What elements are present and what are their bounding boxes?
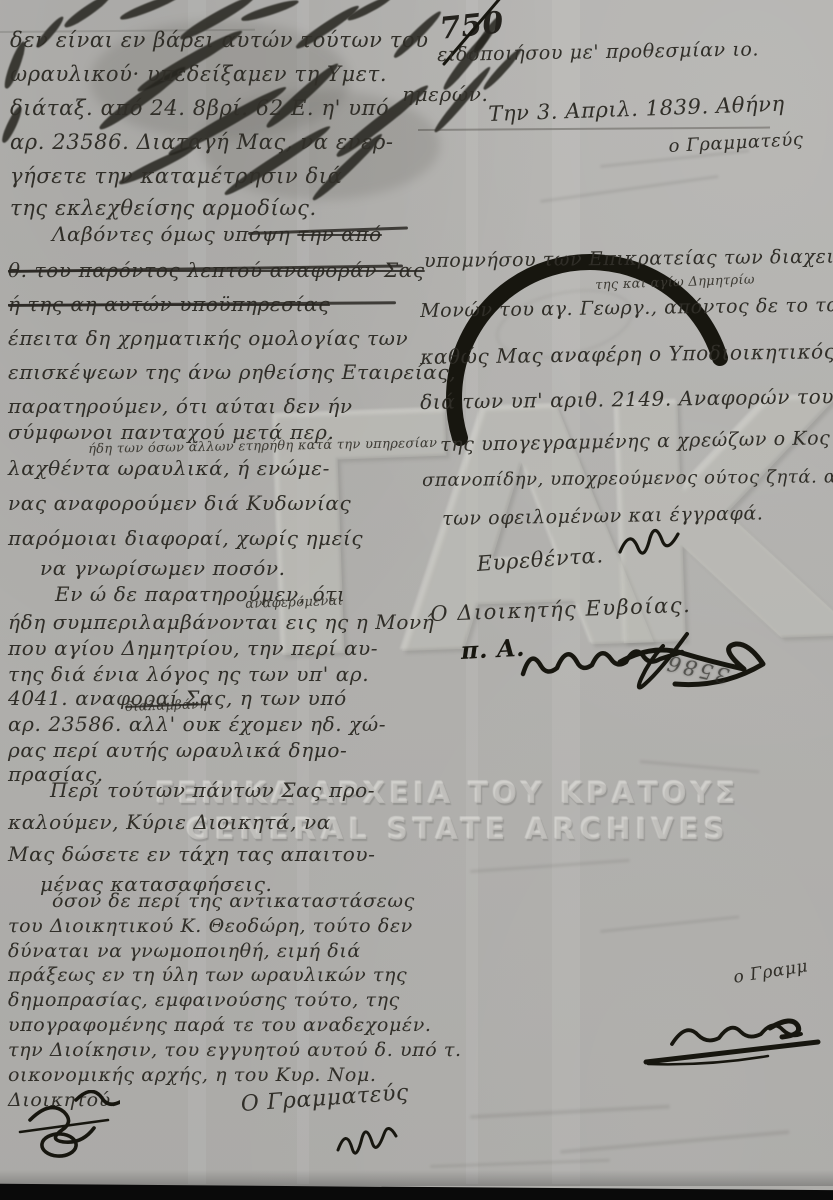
left-p3-line: ρας περί αυτής ωραυλικά δημο-	[8, 738, 347, 762]
secretary-abbr-bottom-right: ο Γραμμ	[732, 956, 809, 988]
left-p4-line: καλούμεν, Κύριε Διοικητά, να	[8, 810, 331, 834]
right-para-line: σπανοπίδην, υποχρεούμενος ούτος ζητά. απ…	[422, 466, 833, 491]
ink-blot	[346, 0, 394, 23]
paraph-icon	[330, 1120, 406, 1166]
left-p5-line: δημοπρασίας, εμφαινούσης τούτο, της	[8, 989, 400, 1011]
left-p1-line: της εκλεχθείσης αρμοδίως.	[10, 196, 317, 220]
left-p5-line: οικονομικής αρχής, η του Κυρ. Νομ.	[8, 1064, 377, 1086]
ink-blot	[119, 0, 183, 23]
left-p2-line: να γνωρίσωμεν ποσόν.	[40, 556, 286, 580]
flourish-icon	[612, 520, 690, 570]
left-p5-line: πράξεως εν τη ύλη των ωραυλικών της	[8, 964, 407, 986]
right-para-line: υπομνήσου των Επικρατείας των διαχειρομέ…	[424, 245, 833, 272]
left-p1-line: ωραυλικού· υπεδείξαμεν τη Υμετ.	[10, 62, 387, 86]
left-p2-line: λαχθέντα ωραυλικά, ή ενώμε-	[8, 456, 330, 480]
left-p2-line: επισκέψεων της άνω ρηθείσης Εταιρείας,	[8, 360, 456, 384]
ink-blot	[240, 0, 300, 24]
secretary-title-header: ο Γραμματεύς	[668, 129, 804, 157]
left-p3-line: της διά ένια λόγος ης των υπ' αρ.	[8, 662, 369, 686]
left-p2-line: Λαβόντες όμως υπόψη την από	[52, 222, 382, 246]
left-p2-line: νας αναφορούμεν διά Κυδωνίας	[8, 491, 351, 515]
left-p3-line: αρ. 23586. αλλ' ουκ έχομεν ηδ. χώ-	[8, 712, 386, 736]
left-p5-line: την Διοίκησιν, του εγγυητού αυτού δ. υπό…	[8, 1039, 462, 1061]
left-p4-line: Μας δώσετε εν τάχη τας απαιτου-	[8, 842, 375, 866]
left-p1-line: αρ. 23586. Διαταγή Μας, να ενερ-	[10, 130, 394, 154]
left-p5-line: του Διοικητικού Κ. Θεοδώρη, τούτο δεν	[8, 915, 413, 937]
right-header-line: ημερών.	[402, 82, 489, 106]
left-p5-line: υπογραφομένης παρά τε του αναδεχομέν.	[8, 1014, 432, 1036]
clerk-initials-paraph-icon	[18, 1090, 120, 1166]
secretary-signature-scrawl-icon	[638, 1000, 833, 1082]
ink-blot	[62, 0, 113, 31]
left-p4-line: Περί τούτων πάντων Σας προ-	[50, 778, 375, 802]
left-p2-line: παρόμοιαι διαφοραί, χωρίς ημείς	[8, 526, 363, 550]
left-p1-line: γήσετε την καταμέτρησιν διά	[10, 164, 342, 188]
right-header-line: ειδοποιήσου με' προθεσμίαν ιο.	[437, 38, 759, 66]
document-scan: ΓΑΚ ΓΕΝΙΚΑ ΑΡΧΕΙΑ ΤΟΥ ΚΡΑΤΟΥΣ GENERAL ST…	[0, 0, 833, 1200]
left-p3-line: ήδη συμπεριλαμβάνονται εις ης η Μονή	[8, 610, 434, 634]
left-p2-struck-words: την από	[297, 222, 381, 246]
left-p1-line: δεν είναι εν βάρει αυτών τούτων του	[10, 28, 429, 52]
left-p5-line: όσον δε περί της αντικαταστάσεως	[52, 890, 415, 912]
scan-edge-shadow	[0, 1170, 833, 1186]
left-p2-line: παρατηρούμεν, ότι αύται δεν ήν	[8, 394, 353, 418]
signature-scrawl-icon	[515, 622, 775, 704]
left-p1-line: διάταξ. από 24. 8βρί. 62 Ε. η' υπό	[10, 96, 389, 120]
left-p5-line: δύναται να γνωμοποιηθή, ειμή διά	[8, 940, 361, 962]
left-p2-line: έπειτα δη χρηματικής ομολογίας των	[8, 326, 408, 350]
left-p3-line: που αγίου Δημητρίου, την περί αυ-	[8, 636, 378, 660]
date-line: Την 3. Απριλ. 1839. Αθήνη	[488, 92, 785, 126]
